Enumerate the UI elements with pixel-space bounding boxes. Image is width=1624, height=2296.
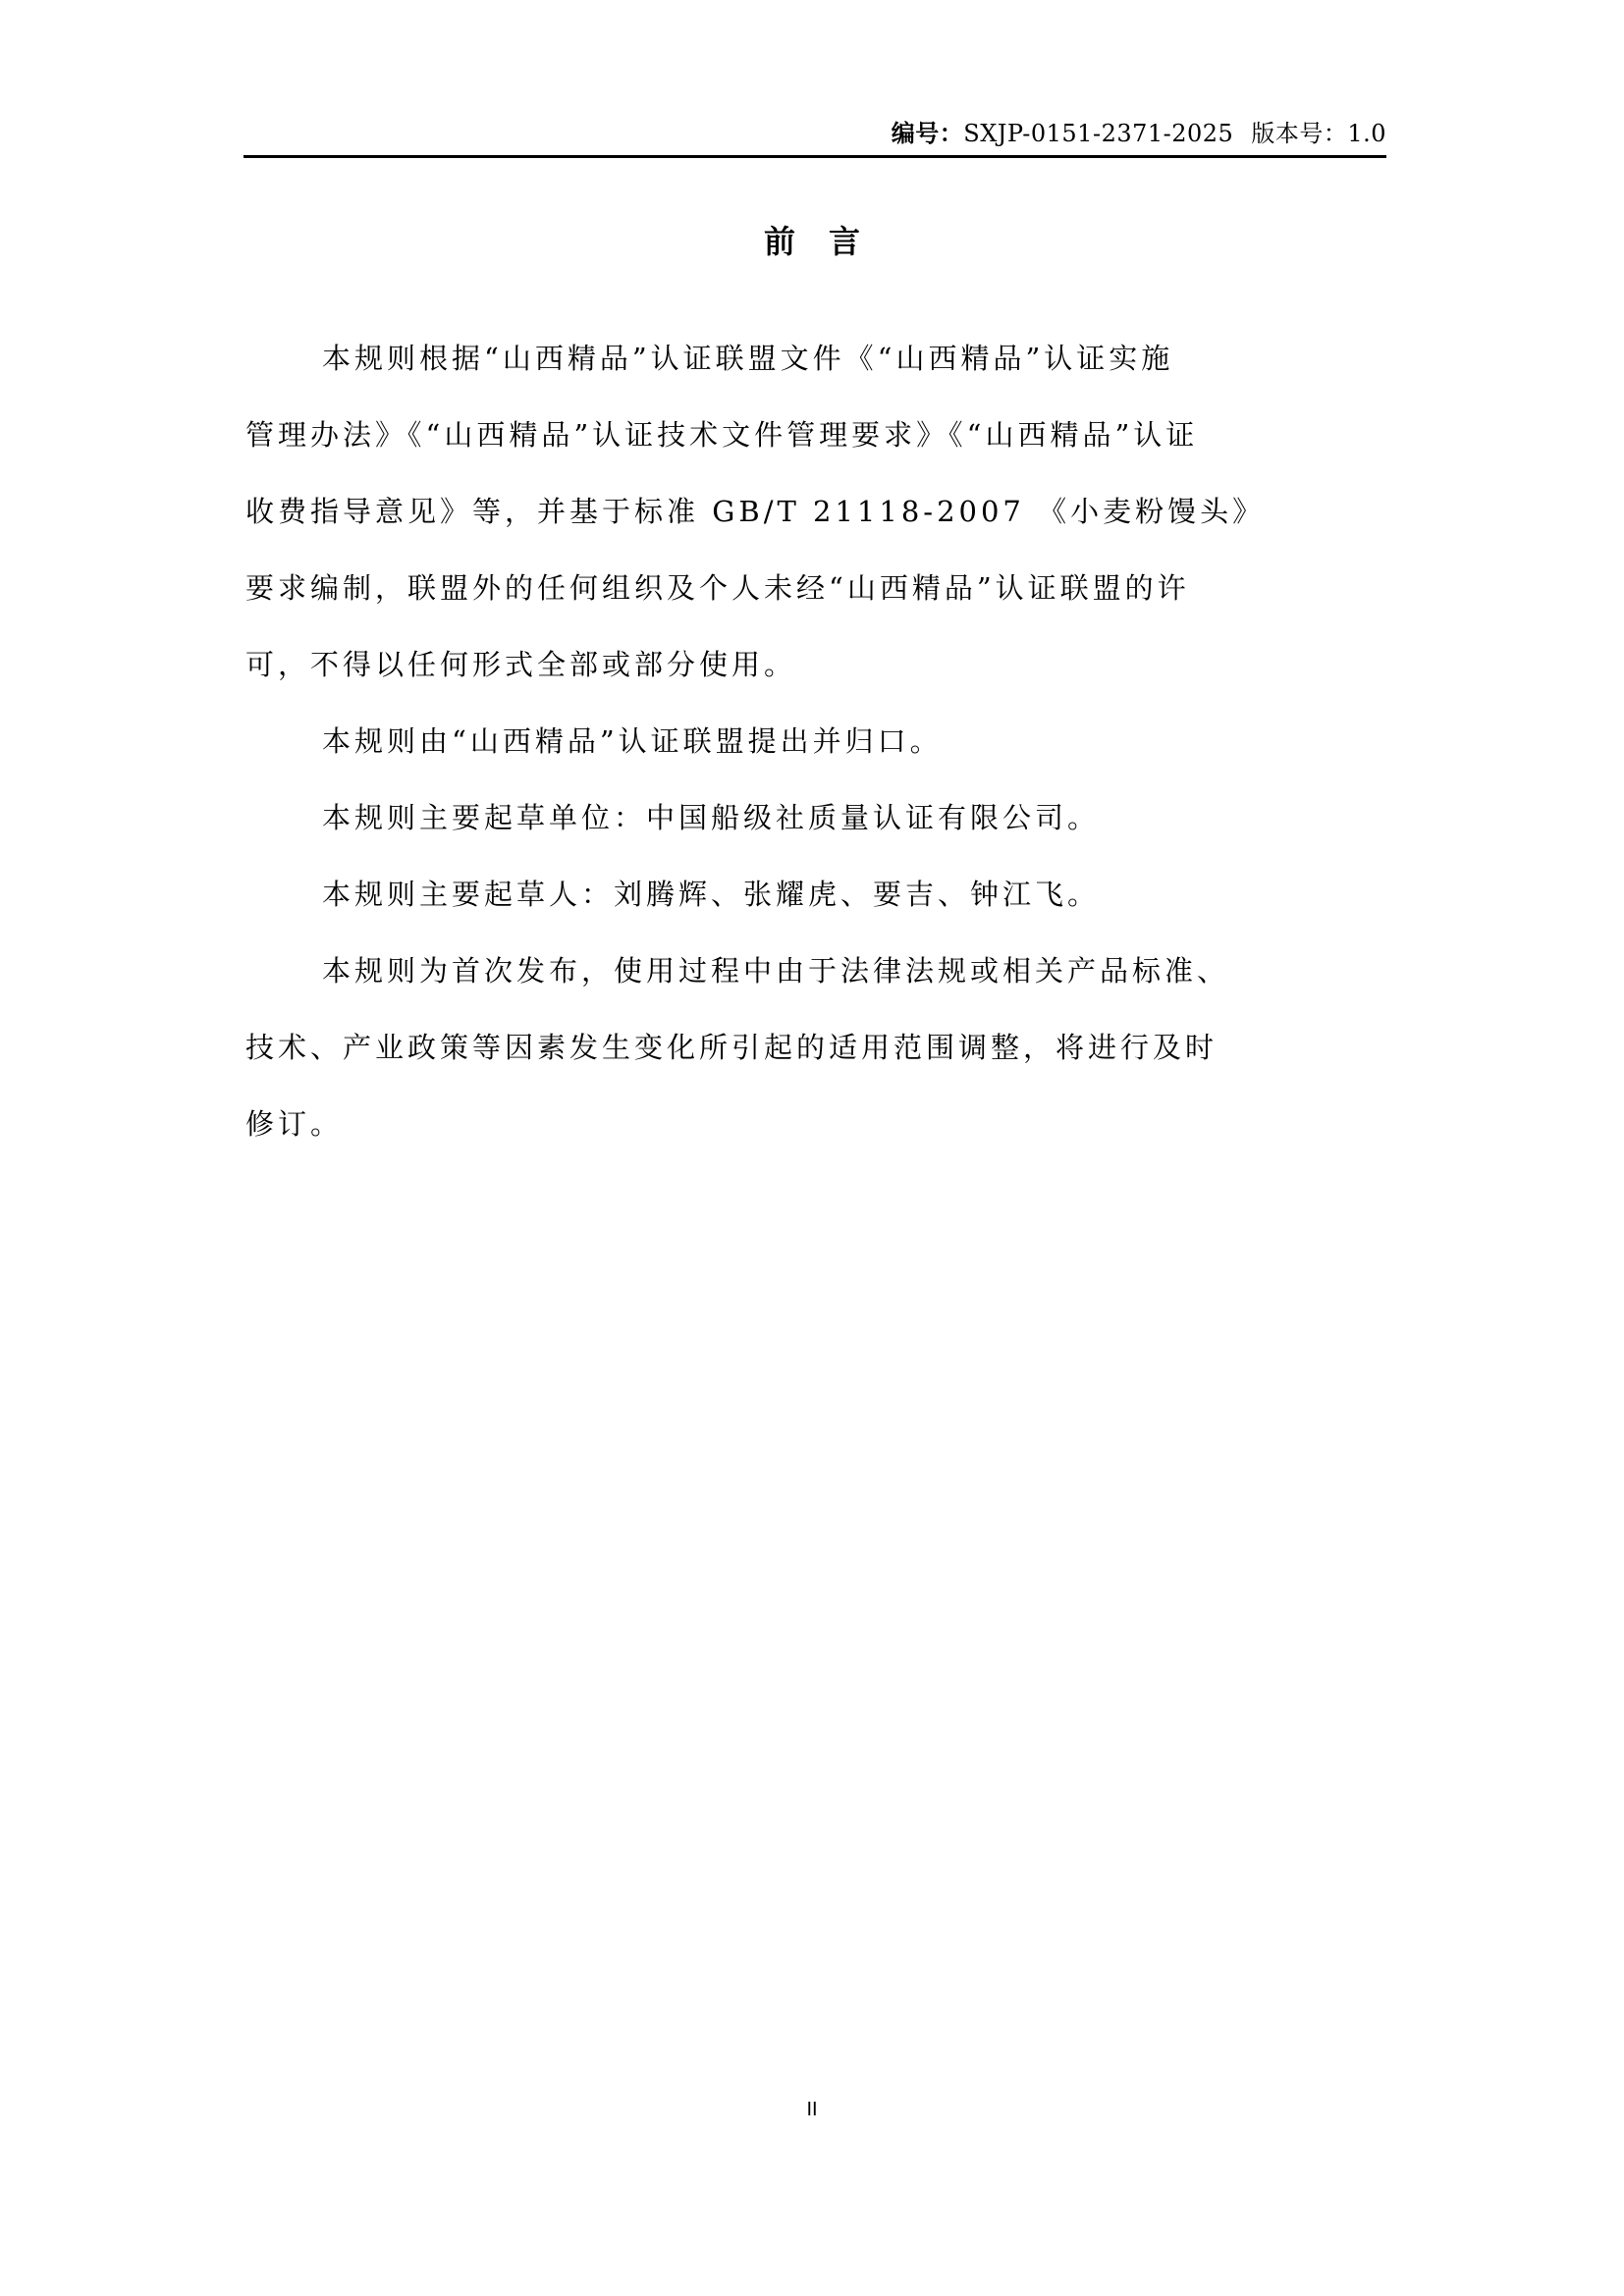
version-label: 版本号：: [1251, 120, 1347, 147]
paragraph-1-line-5: 可，不得以任何形式全部或部分使用。: [245, 642, 1388, 719]
paragraph-5-line-1: 本规则为首次发布，使用过程中由于法律法规或相关产品标准、: [245, 948, 1388, 1025]
doc-number-value: SXJP-0151-2371-2025: [963, 120, 1233, 147]
page-number: II: [0, 2098, 1624, 2121]
paragraph-3-line-1: 本规则主要起草单位：中国船级社质量认证有限公司。: [245, 795, 1388, 872]
doc-number-label: 编号：: [892, 119, 964, 147]
page-header: 编号：SXJP-0151-2371-2025版本号：1.0: [244, 116, 1386, 158]
paragraph-5-line-2: 技术、产业政策等因素发生变化所引起的适用范围调整，将进行及时: [245, 1025, 1388, 1101]
page-title: 前言: [0, 222, 1624, 261]
paragraph-4-line-1: 本规则主要起草人：刘腾辉、张耀虎、要吉、钟江飞。: [245, 872, 1388, 948]
paragraph-1-line-3: 收费指导意见》等，并基于标准 GB/T 21118-2007 《小麦粉馒头》: [245, 489, 1388, 565]
document-identifier: 编号：SXJP-0151-2371-2025版本号：1.0: [892, 120, 1386, 147]
paragraph-1-line-4: 要求编制，联盟外的任何组织及个人未经“山西精品”认证联盟的许: [245, 565, 1388, 642]
version-value: 1.0: [1347, 120, 1386, 147]
paragraph-1-line-2: 管理办法》《“山西精品”认证技术文件管理要求》《“山西精品”认证: [245, 412, 1388, 489]
paragraph-5-line-3: 修订。: [245, 1101, 1388, 1178]
foreword-body: 本规则根据“山西精品”认证联盟文件《“山西精品”认证实施 管理办法》《“山西精品…: [245, 336, 1388, 1178]
paragraph-2-line-1: 本规则由“山西精品”认证联盟提出并归口。: [245, 719, 1388, 795]
paragraph-1-line-1: 本规则根据“山西精品”认证联盟文件《“山西精品”认证实施: [245, 336, 1388, 412]
